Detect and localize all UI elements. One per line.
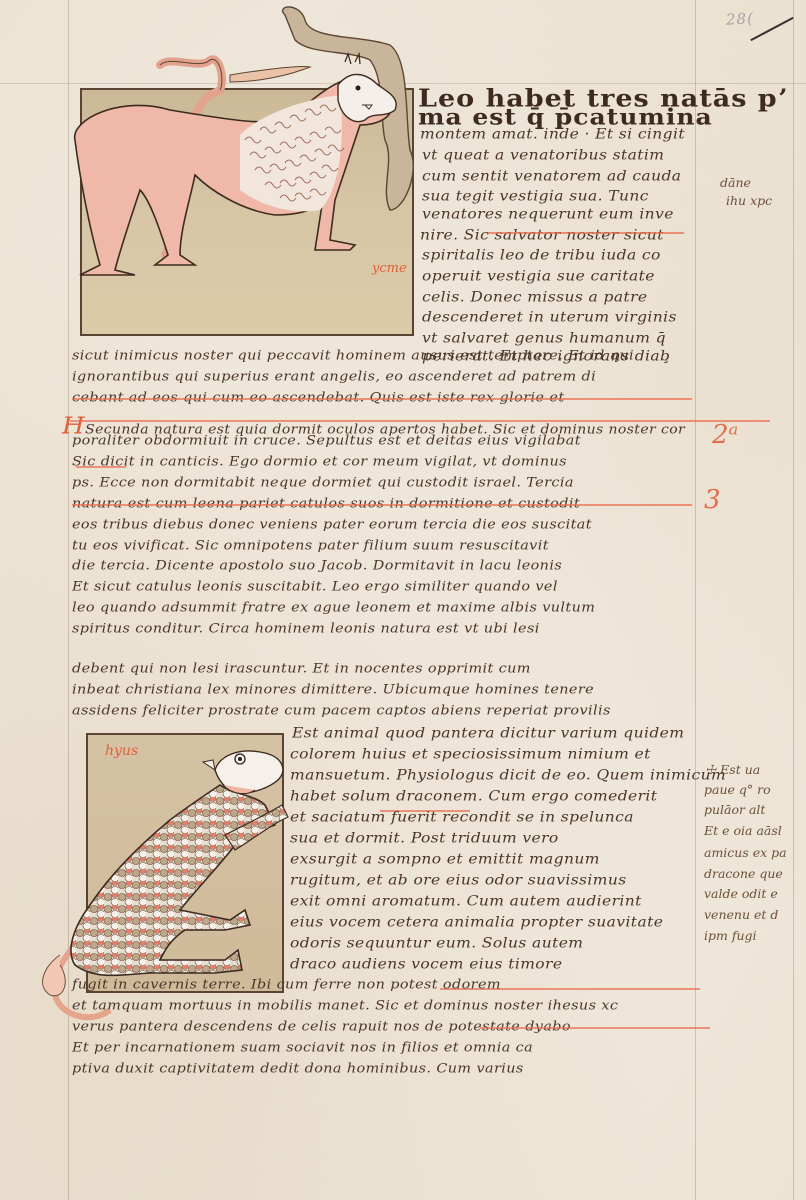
- text-line: exsurgit a sompno et emittit magnum: [290, 851, 600, 867]
- text-line: nire. Sic salvator noster sicut: [420, 227, 664, 243]
- text-line: poraliter obdormiuit in cruce. Sepultus …: [72, 434, 581, 448]
- folio-number: 28(: [726, 9, 755, 28]
- text-line: eos tribus diebus donec veniens pater eo…: [72, 518, 592, 532]
- text-line: descenderet in uterum virginis: [422, 309, 677, 325]
- text-line: mansuetum. Physiologus dicit de eo. Quem…: [290, 767, 726, 783]
- text-line: vt salvaret genus humanum q̄: [422, 330, 666, 346]
- text-line: sua tegit vestigia sua. Tunc: [422, 188, 649, 204]
- margin-numeral-3: 3: [704, 485, 721, 515]
- svg-text:hyus: hyus: [105, 743, 138, 759]
- svg-text:ycme: ycme: [371, 261, 407, 276]
- margin-note: ihu xpc: [726, 193, 772, 208]
- text-line: leo quando adsummit fratre ex ague leone…: [72, 601, 595, 615]
- rubric-underline: [70, 420, 770, 422]
- text-line: vt queat a venatoribus statim: [422, 147, 664, 163]
- text-line: operuit vestigia sue caritate: [422, 268, 655, 284]
- margin-note: Et e oia aāsl: [704, 823, 782, 838]
- text-line: exit omni aromatum. Cum autem audierint: [290, 893, 642, 909]
- text-line: spiritus conditur. Circa hominem leonis …: [72, 622, 540, 636]
- margin-note: venenu et d: [704, 907, 778, 922]
- rubric-underline: [488, 232, 684, 234]
- text-line: eius vocem cetera animalia propter suavi…: [290, 914, 663, 930]
- text-line: draco audiens vocem eius timore: [290, 956, 562, 972]
- text-line: rugitum, et ab ore eius odor suavissimus: [290, 872, 627, 888]
- text-line: ignorantibus qui superius erant angelis,…: [72, 370, 596, 384]
- text-line: die tercia. Dicente apostolo suo Jacob. …: [72, 559, 562, 573]
- rubric-underline: [76, 466, 126, 468]
- manuscript-page: 28( leo ycme ycm: [0, 0, 806, 1200]
- folio-stroke: [750, 17, 793, 41]
- text-line: inbeat christiana lex minores dimittere.…: [72, 683, 594, 697]
- text-line: odoris sequuntur eum. Solus autem: [290, 935, 583, 951]
- text-line: Est animal quod pantera dicitur varium q…: [292, 725, 684, 741]
- text-line: spiritalis leo de tribu iuda co: [422, 247, 661, 263]
- rubric-underline: [72, 398, 692, 400]
- text-line: assidens feliciter prostrate cum pacem c…: [72, 704, 611, 718]
- rubric-underline: [480, 1027, 710, 1029]
- lion-illustration: leo ycme: [60, 0, 430, 340]
- margin-note: valde odit e: [704, 886, 778, 901]
- text-line: ps. Ecce non dormitabit neque dormiet qu…: [72, 476, 574, 490]
- text-line: sicut inimicus noster qui peccavit homin…: [72, 349, 634, 363]
- margin-note: amicus ex pa: [704, 845, 787, 860]
- text-line: venatores nequerunt eum inve: [422, 206, 674, 222]
- page-edge: [793, 0, 794, 1200]
- text-line: Et per incarnationem suam sociavit nos i…: [72, 1041, 533, 1055]
- text-line: colorem huius et speciosissimum nimium e…: [290, 746, 651, 762]
- text-line: et tamquam mortuus in mobilis manet. Sic…: [72, 999, 618, 1013]
- text-line: tu eos vivificat. Sic omnipotens pater f…: [72, 539, 549, 553]
- margin-note: pulāor alt: [704, 802, 765, 817]
- text-line: montem amat. inde · Et si cingit: [420, 126, 685, 142]
- margin-note: dāne: [720, 175, 751, 190]
- margin-note: paue q° ro: [704, 782, 771, 797]
- text-line: ptiva duxit captivitatem dedit dona homi…: [72, 1062, 524, 1076]
- margin-note: ipm fugi: [704, 928, 757, 943]
- margin-note: dracone que: [704, 866, 783, 881]
- text-line: Et sicut catulus leonis suscitabit. Leo …: [72, 580, 558, 594]
- text-line: debent qui non lesi irascuntur. Et in no…: [72, 662, 531, 676]
- margin-note: ☩ Est ua: [705, 762, 760, 777]
- text-line: Sic dicit in canticis. Ego dormio et cor…: [72, 455, 567, 469]
- margin-numeral-2: 2ᵃ: [712, 420, 738, 450]
- text-line: habet solum draconem. Cum ergo comederit: [290, 788, 657, 804]
- text-line: et saciatum fuerit recondit se in spelun…: [290, 809, 634, 825]
- rubric-underline: [72, 504, 692, 506]
- text-line: fugit in cavernis terre. Ibi cum ferre n…: [72, 978, 501, 992]
- text-line: cum sentit venatorem ad cauda: [422, 168, 681, 184]
- text-line: sua et dormit. Post triduum vero: [290, 830, 559, 846]
- text-line: celis. Donec missus a patre: [422, 289, 647, 305]
- ruling-line-right: [695, 0, 696, 1200]
